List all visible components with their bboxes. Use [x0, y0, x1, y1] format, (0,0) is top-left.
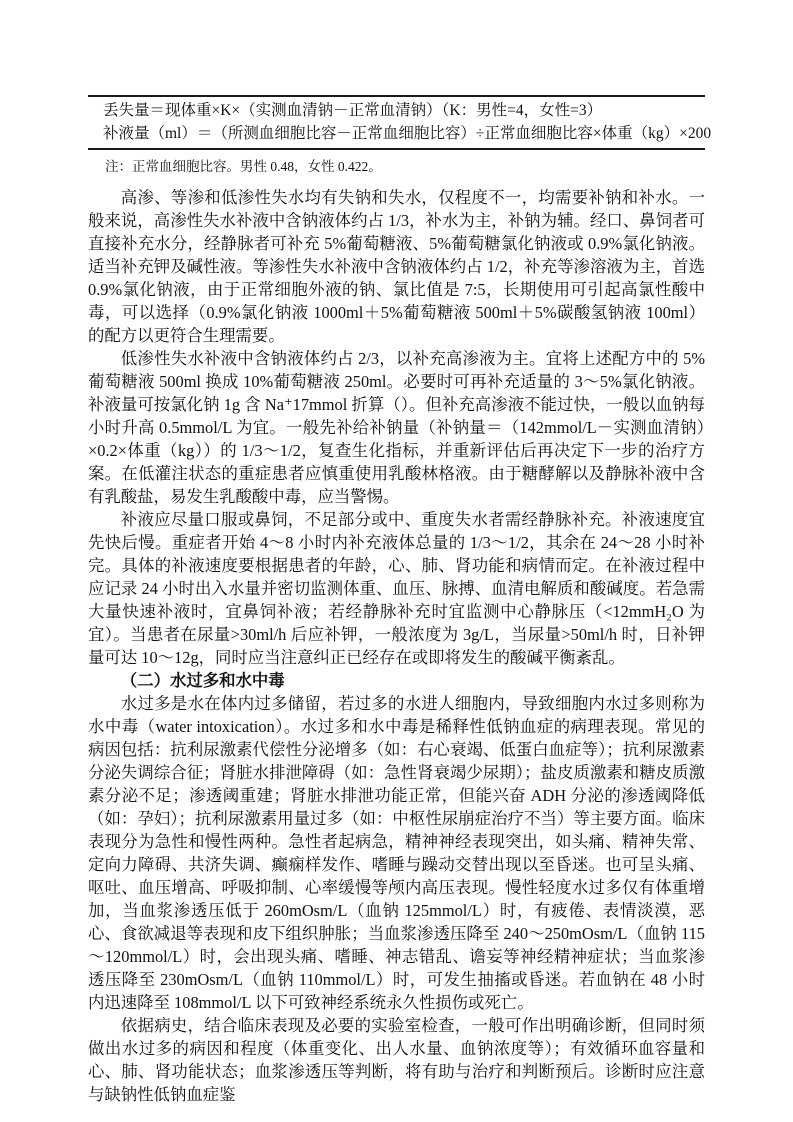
paragraph-fluid-administration-rate: 补液应尽量口服或鼻饲，不足部分或中、重度失水者需经静脉补充。补液速度宜先快后慢。… — [88, 508, 705, 669]
formula-water-loss: 丢失量＝现体重×K×（实测血清钠－正常血清钠）（K：男性=4，女性=3） — [88, 99, 705, 122]
paragraph-water-intoxication-causes-manifestations: 水过多是水在体内过多储留，若过多的水进人细胞内，导致细胞内水过多则称为水中毒（w… — [88, 692, 705, 1014]
formula-fluid-replacement: 补液量（ml）＝（所测血细胞比容－正常血细胞比容）÷正常血细胞比容×体重（kg）… — [88, 122, 705, 145]
document-page: 丢失量＝现体重×K×（实测血清钠－正常血清钠）（K：男性=4，女性=3） 补液量… — [0, 0, 793, 1122]
section-heading-water-excess-intoxication: （二）水过多和水中毒 — [88, 669, 705, 692]
formula-box: 丢失量＝现体重×K×（实测血清钠－正常血清钠）（K：男性=4，女性=3） 补液量… — [88, 95, 705, 150]
formula-note: 注：正常血细胞比容。男性 0.48，女性 0.422。 — [88, 157, 705, 177]
paragraph-diagnosis: 依据病史，结合临床表现及必要的实验室检查，一般可作出明确诊断，但同时须做出水过多… — [88, 1014, 705, 1106]
paragraph-hypotonic-dehydration-replacement: 低渗性失水补液中含钠液体约占 2/3，以补充高渗液为主。宜将上述配方中的 5%葡… — [88, 347, 705, 508]
page-content: 丢失量＝现体重×K×（实测血清钠－正常血清钠）（K：男性=4，女性=3） 补液量… — [88, 95, 705, 1106]
paragraph-dehydration-replacement-overview: 高渗、等渗和低渗性失水均有失钠和失水，仅程度不一，均需要补钠和补水。一般来说，高… — [88, 186, 705, 347]
